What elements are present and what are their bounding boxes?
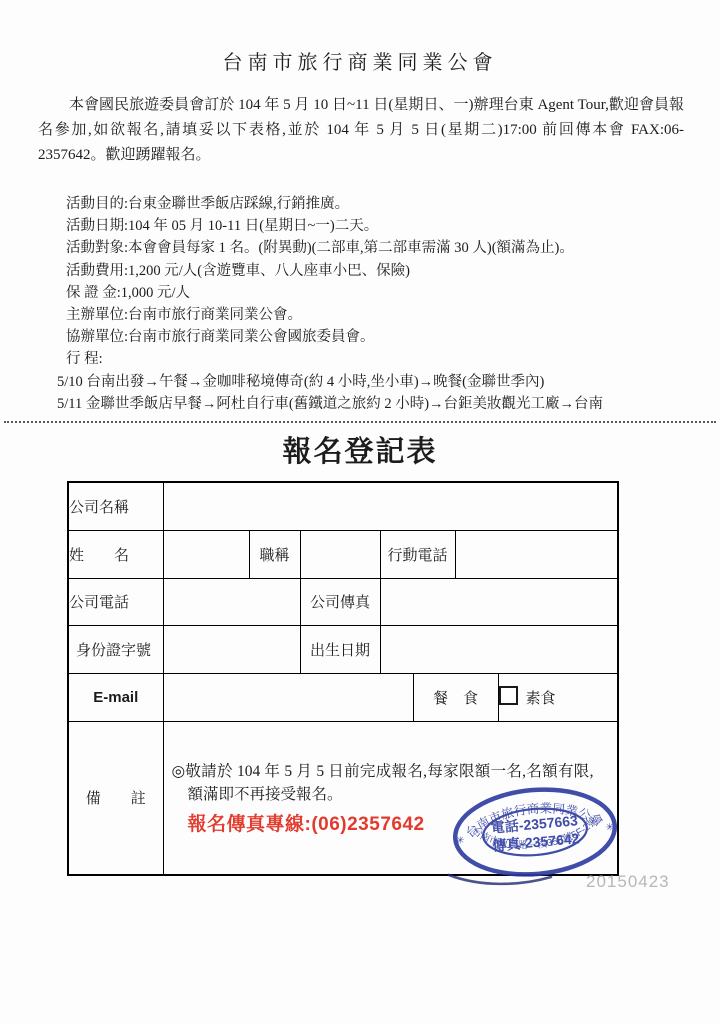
detail-date: 活動日期:104 年 05 月 10-11 日(星期日~一)二天。	[66, 215, 716, 237]
itinerary-day2: 5/11 金聯世季飯店早餐→阿杜自行車(舊鐵道之旅約 2 小時)→台鉅美妝觀光工…	[57, 393, 716, 415]
email-label: E-mail	[68, 673, 163, 721]
email-field	[163, 673, 413, 721]
document-title: 台南市旅行商業同業公會	[0, 46, 720, 75]
dotted-divider	[4, 421, 716, 423]
birth-date-field	[380, 625, 618, 673]
company-name-field	[163, 482, 618, 530]
company-phone-label: 公司電話	[68, 578, 163, 625]
date-watermark: 20150423	[586, 872, 670, 892]
birth-date-label: 出生日期	[300, 625, 380, 673]
company-fax-label: 公司傳真	[300, 578, 380, 625]
stamp-rosette-right-icon: ✳	[605, 822, 614, 834]
company-phone-field	[163, 578, 300, 625]
job-title-label: 職稱	[249, 530, 300, 578]
association-stamp: 台南市旅行商業同業公會 台南市東門路一段358號5F-2號 電話-2357663…	[446, 780, 623, 884]
job-title-field	[300, 530, 380, 578]
row-email: E-mail 餐 食 素食	[68, 673, 618, 721]
scanned-document-page: 台南市旅行商業同業公會 本會國民旅遊委員會訂於 104 年 5 月 10 日~1…	[0, 0, 720, 1024]
stamp-ink-smudge	[445, 871, 555, 889]
itinerary-day1: 5/10 台南出發→午餐→金咖啡秘境傳奇(約 4 小時,坐小車)→晚餐(金聯世季…	[57, 371, 716, 393]
detail-organizer: 主辦單位:台南市旅行商業同業公會。	[66, 304, 716, 326]
mobile-label: 行動電話	[380, 530, 455, 578]
vegetarian-checkbox	[499, 686, 518, 705]
company-name-label: 公司名稱	[68, 482, 163, 530]
intro-paragraph: 本會國民旅遊委員會訂於 104 年 5 月 10 日~11 日(星期日、一)辦理…	[38, 93, 684, 168]
name-field	[163, 530, 249, 578]
id-number-field	[163, 625, 300, 673]
detail-deposit: 保 證 金:1,000 元/人	[66, 282, 716, 304]
vegetarian-option: 素食	[498, 673, 618, 721]
detail-purpose: 活動目的:台東金聯世季飯店踩線,行銷推廣。	[66, 193, 716, 215]
remarks-label: 備 註	[68, 721, 163, 875]
event-details-list: 活動目的:台東金聯世季飯店踩線,行銷推廣。 活動日期:104 年 05 月 10…	[66, 193, 716, 415]
registration-form-title: 報名登記表	[0, 429, 720, 470]
detail-coorganizer: 協辦單位:台南市旅行商業同業公會國旅委員會。	[66, 326, 716, 348]
meal-label: 餐 食	[413, 673, 498, 721]
row-id: 身份證字號 出生日期	[68, 625, 618, 673]
detail-fee: 活動費用:1,200 元/人(含遊覽車、八人座車小巴、保險)	[66, 260, 716, 282]
row-phone: 公司電話 公司傳真	[68, 578, 618, 625]
row-company-name: 公司名稱	[68, 482, 618, 530]
mobile-field	[455, 530, 618, 578]
stamp-rosette-left-icon: ✳	[456, 835, 465, 847]
name-label: 姓 名	[68, 530, 163, 578]
row-name: 姓 名 職稱 行動電話	[68, 530, 618, 578]
detail-itinerary-heading: 行 程:	[66, 348, 716, 370]
vegetarian-label: 素食	[526, 691, 556, 707]
company-fax-field	[380, 578, 618, 625]
id-number-label: 身份證字號	[68, 625, 163, 673]
detail-target: 活動對象:本會會員每家 1 名。(附異動)(二部車,第二部車需滿 30 人)(額…	[66, 237, 716, 259]
